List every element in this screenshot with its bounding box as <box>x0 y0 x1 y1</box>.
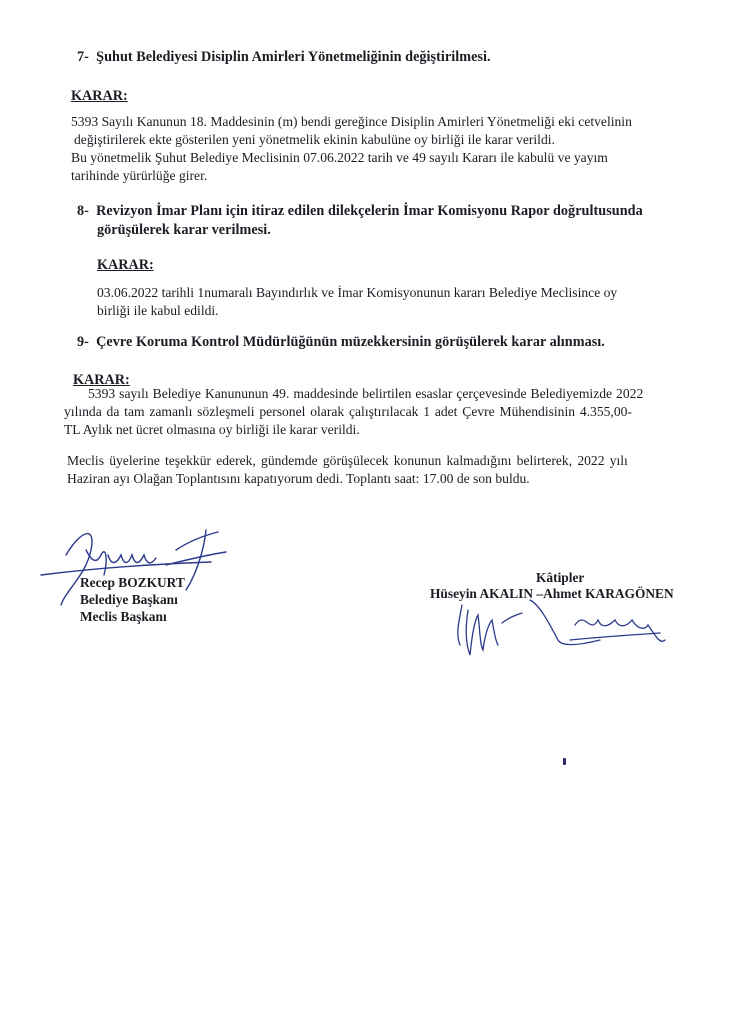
closing-line: Haziran ayı Olağan Toplantısını kapatıyo… <box>67 471 530 487</box>
item-number: 7- <box>77 49 89 65</box>
karar-text-line: değiştirilerek ekte gösterilen yeni yöne… <box>74 132 555 148</box>
karar-text-line: 5393 Sayılı Kanunun 18. Maddesinin (m) b… <box>71 114 632 130</box>
karar-text-line: birliği ile kabul edildi. <box>97 303 219 319</box>
item-title-cont: görüşülerek karar verilmesi. <box>97 222 271 239</box>
clerks-signature-mark <box>450 595 690 665</box>
mayor-title: Belediye Başkanı <box>80 592 178 608</box>
item-number: 8- <box>77 203 89 219</box>
mayor-name: Recep BOZKURT <box>80 575 185 591</box>
karar-text-line: 5393 sayılı Belediye Kanununun 49. madde… <box>88 386 643 402</box>
karar-text-line: TL Aylık net ücret olmasına oy birliği i… <box>64 422 360 438</box>
karar-text-line: yılında da tam zamanlı sözleşmeli person… <box>64 404 632 420</box>
karar-text-line: 03.06.2022 tarihli 1numaralı Bayındırlık… <box>97 285 617 301</box>
item-title: Çevre Koruma Kontrol Müdürlüğünün müzekk… <box>96 334 605 350</box>
item-title: Revizyon İmar Planı için itiraz edilen d… <box>96 203 643 219</box>
karar-text-line: Bu yönetmelik Şuhut Belediye Meclisinin … <box>71 150 608 166</box>
item-title: Şuhut Belediyesi Disiplin Amirleri Yönet… <box>96 49 490 65</box>
item-7-heading: 7- Şuhut Belediyesi Disiplin Amirleri Yö… <box>77 49 491 66</box>
karar-text-line: tarihinde yürürlüğe girer. <box>71 168 207 184</box>
item-number: 9- <box>77 334 89 350</box>
council-chair-title: Meclis Başkanı <box>80 609 167 625</box>
clerks-label: Kâtipler <box>536 570 584 586</box>
item-9-heading: 9- Çevre Koruma Kontrol Müdürlüğünün müz… <box>77 334 605 351</box>
karar-label: KARAR: <box>71 88 128 105</box>
item-8-heading: 8- Revizyon İmar Planı için itiraz edile… <box>77 203 643 220</box>
karar-label: KARAR: <box>97 257 154 274</box>
closing-line: Meclis üyelerine teşekkür ederek, gündem… <box>67 453 628 469</box>
ink-mark <box>563 758 566 765</box>
